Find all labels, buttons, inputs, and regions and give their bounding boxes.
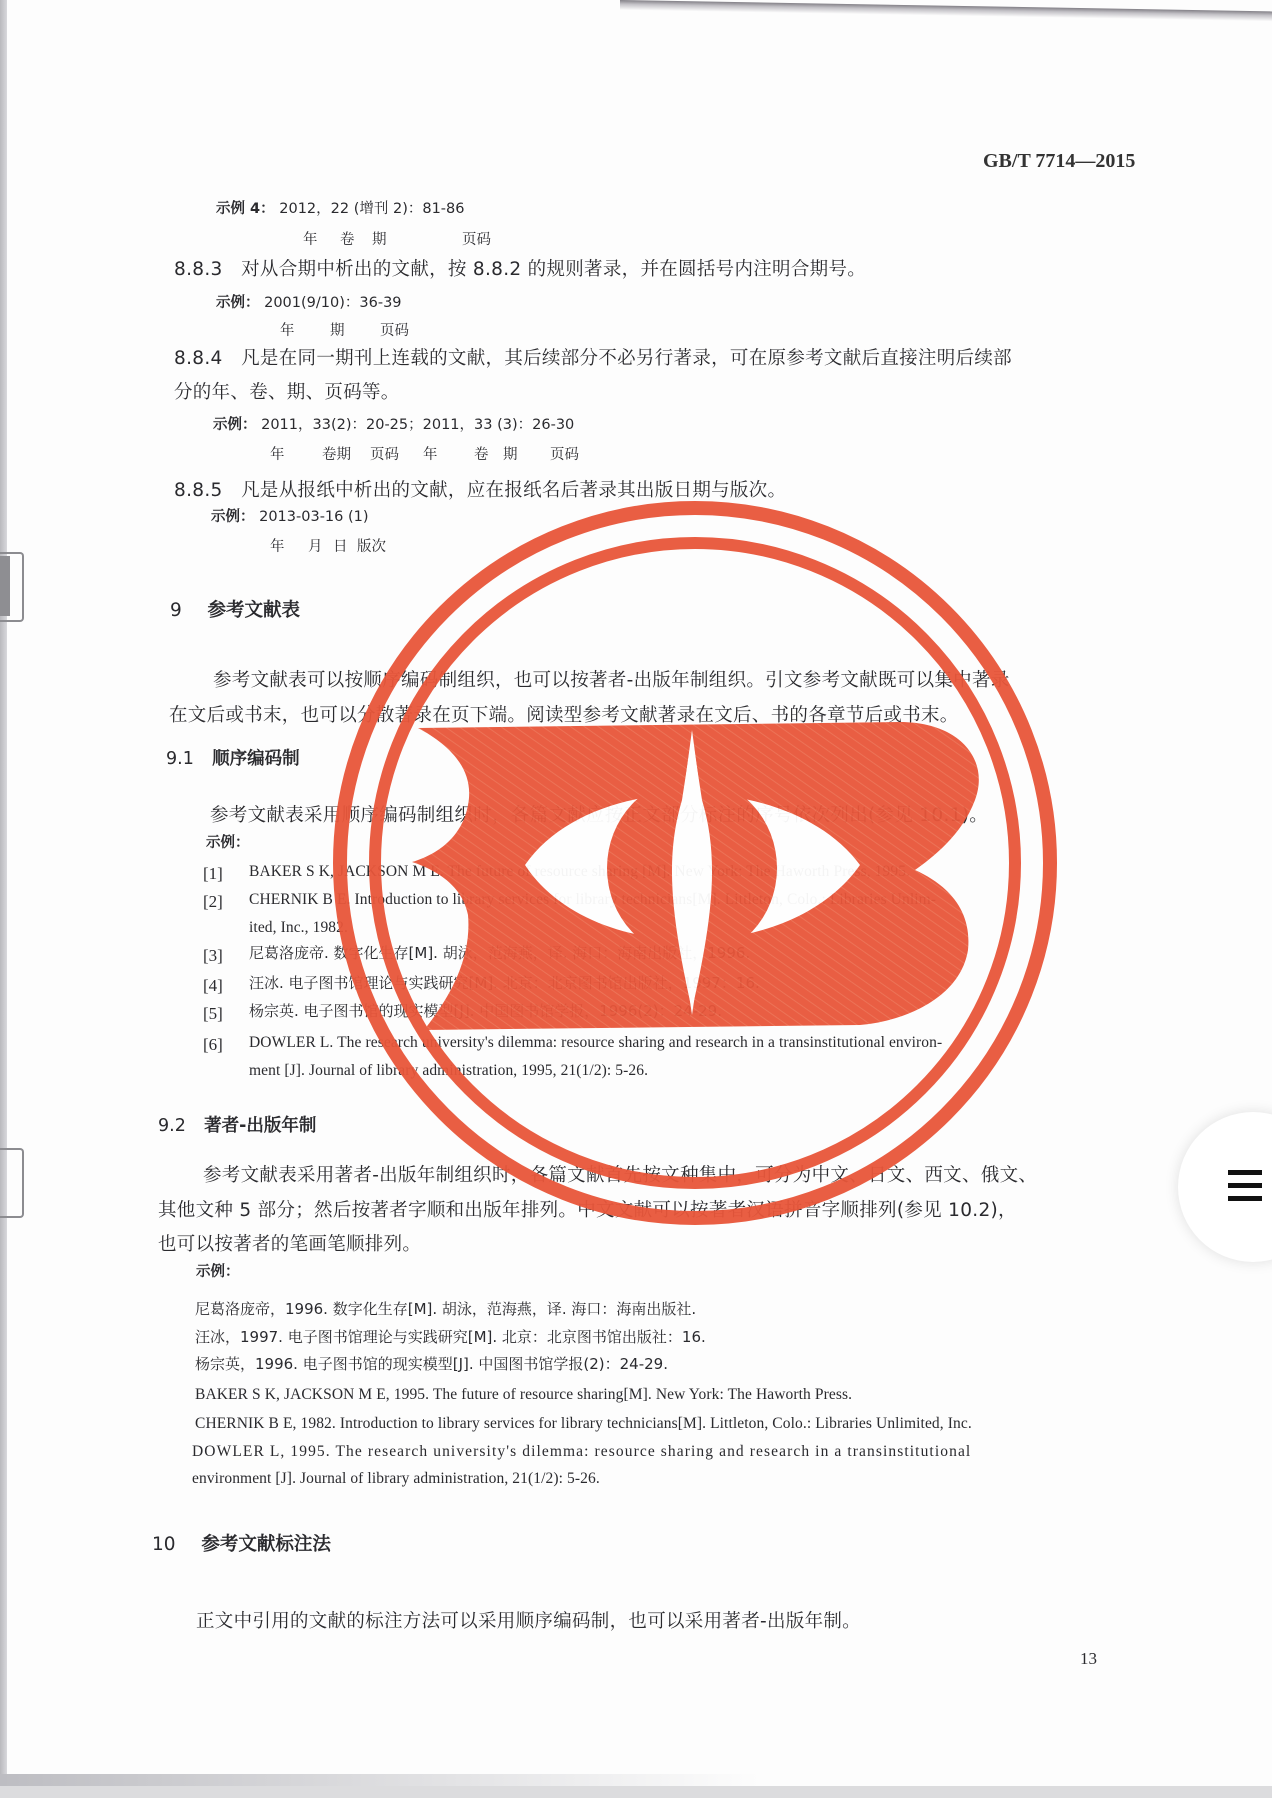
section-9-paragraph-line1: 参考文献表可以按顺序编码制组织，也可以按著者-出版年制组织。引文参考文献既可以集… bbox=[213, 672, 1010, 691]
annotation-edition: 版次 bbox=[357, 540, 386, 555]
section-9-heading: 9 参考文献表 bbox=[170, 602, 300, 621]
document-page: GB/T 7714—2015 示例 4： 2012，22 (增刊 2)：81-8… bbox=[0, 0, 1272, 1798]
example-value: 2001(9/10)：36-39 bbox=[264, 295, 401, 311]
reference-number: [4] bbox=[203, 976, 223, 996]
reference-entry: CHERNIK B E, 1982. Introduction to libra… bbox=[195, 1416, 972, 1432]
example-8-8-3: 示例： 2001(9/10)：36-39 bbox=[216, 296, 402, 311]
section-9-paragraph-line2: 在文后或书末，也可以分散著录在页下端。阅读型参考文献著录在文后、书的各章节后或书… bbox=[169, 707, 959, 726]
scan-bottom-edge bbox=[0, 1786, 1272, 1798]
scan-top-shadow bbox=[620, 0, 1272, 21]
example-label: 示例： bbox=[206, 836, 250, 851]
section-title: 参考文献表 bbox=[208, 600, 301, 621]
reference-entry: 杨宗英. 电子图书馆的现实模型[J]. 中国图书馆学报，1996(2)：24-2… bbox=[249, 1004, 722, 1019]
example-4-annotation-issue: 期 bbox=[372, 233, 387, 248]
clause-8-8-5: 8.8.5 凡是从报纸中析出的文献，应在报纸名后著录其出版日期与版次。 bbox=[174, 482, 786, 501]
clause-text: 对从合期中析出的文献，按 8.8.2 的规则著录，并在圆括号内注明合期号。 bbox=[241, 259, 866, 280]
section-10-heading: 10 参考文献标注法 bbox=[152, 1536, 331, 1555]
reference-entry: CHERNIK B E. Introduction to library ser… bbox=[249, 892, 936, 908]
reference-entry: environment [J]. Journal of library admi… bbox=[192, 1471, 600, 1487]
clause-number: 8.8.3 bbox=[174, 259, 223, 280]
example-4-annotation-volume: 卷 bbox=[340, 233, 355, 248]
clause-8-8-4-continued: 分的年、卷、期、页码等。 bbox=[174, 384, 400, 403]
section-number: 10 bbox=[152, 1534, 176, 1555]
section-9-2-paragraph-line2: 其他文种 5 部分；然后按著者字顺和出版年排列。中文文献可以按著者汉语拼音字顺排… bbox=[158, 1202, 1017, 1221]
section-number: 9.2 bbox=[158, 1116, 186, 1136]
reference-number: [6] bbox=[203, 1035, 223, 1055]
annotation-volume: 卷 bbox=[474, 448, 489, 463]
annotation-pages: 页码 bbox=[380, 324, 409, 339]
example-label: 示例： bbox=[213, 417, 257, 433]
annotation-year: 年 bbox=[280, 324, 295, 339]
section-10-paragraph: 正文中引用的文献的标注方法可以采用顺序编码制，也可以采用著者-出版年制。 bbox=[196, 1613, 861, 1632]
example-label: 示例： bbox=[196, 1265, 240, 1280]
annotation-issue: 期 bbox=[330, 324, 345, 339]
hamburger-menu-icon bbox=[1228, 1170, 1262, 1209]
annotation-year: 年 bbox=[270, 540, 285, 555]
reference-entry: 杨宗英，1996. 电子图书馆的现实模型[J]. 中国图书馆学报(2)：24-2… bbox=[195, 1357, 668, 1372]
clause-number: 8.8.4 bbox=[174, 348, 223, 369]
clause-text: 凡是在同一期刊上连载的文献，其后续部分不必另行著录，可在原参考文献后直接注明后续… bbox=[241, 348, 1012, 369]
reference-entry: 汪冰. 电子图书馆理论与实践研究[M]. 北京：北京图书馆出版社，1997：16… bbox=[249, 976, 760, 991]
reference-entry: BAKER S K, JACKSON M E. The future of re… bbox=[249, 864, 910, 880]
example-label: 示例： bbox=[211, 509, 255, 525]
example-4-annotation-year: 年 bbox=[303, 233, 318, 248]
annotation-day: 日 bbox=[333, 540, 348, 555]
reference-entry: DOWLER L. The research university's dile… bbox=[249, 1035, 942, 1051]
example-8-8-5: 示例： 2013-03-16 (1) bbox=[211, 510, 369, 525]
reference-entry: 尼葛洛庞帝，1996. 数字化生存[M]. 胡泳，范海燕，译. 海口：海南出版社… bbox=[195, 1302, 696, 1317]
standard-code-header: GB/T 7714—2015 bbox=[983, 151, 1135, 171]
section-number: 9 bbox=[170, 600, 182, 621]
reference-entry: ment [J]. Journal of library administrat… bbox=[249, 1063, 648, 1079]
section-9-2-heading: 9.2 著者-出版年制 bbox=[158, 1118, 316, 1136]
example-label: 示例 4： bbox=[216, 201, 275, 217]
reference-number: [5] bbox=[203, 1004, 223, 1024]
section-title: 顺序编码制 bbox=[212, 749, 300, 769]
clause-8-8-3: 8.8.3 对从合期中析出的文献，按 8.8.2 的规则著录，并在圆括号内注明合… bbox=[174, 261, 866, 280]
clause-number: 8.8.5 bbox=[174, 480, 223, 501]
reference-entry: BAKER S K, JACKSON M E, 1995. The future… bbox=[195, 1387, 852, 1403]
section-title: 著者-出版年制 bbox=[204, 1116, 316, 1136]
clause-text: 凡是从报纸中析出的文献，应在报纸名后著录其出版日期与版次。 bbox=[241, 480, 786, 501]
annotation-year: 年 bbox=[270, 448, 285, 463]
example-4-annotation-pages: 页码 bbox=[462, 233, 491, 248]
reference-number: [3] bbox=[203, 946, 223, 966]
annotation-year: 年 bbox=[423, 448, 438, 463]
annotation-month: 月 bbox=[308, 540, 323, 555]
scan-binding-edge bbox=[0, 0, 7, 1798]
annotation-pages: 页码 bbox=[370, 448, 399, 463]
annotation-issue: 期 bbox=[503, 448, 518, 463]
reference-entry: 汪冰，1997. 电子图书馆理论与实践研究[M]. 北京：北京图书馆出版社：16… bbox=[195, 1330, 706, 1345]
reference-number: [2] bbox=[203, 892, 223, 912]
page-number: 13 bbox=[1080, 1650, 1097, 1667]
scan-bottom-shadow bbox=[0, 1774, 760, 1786]
clause-8-8-4: 8.8.4 凡是在同一期刊上连载的文献，其后续部分不必另行著录，可在原参考文献后… bbox=[174, 350, 1012, 369]
annotation-volume-issue: 卷期 bbox=[322, 448, 351, 463]
example-8-8-4: 示例： 2011，33(2)：20-25；2011，33 (3)：26-30 bbox=[213, 418, 574, 433]
reference-entry: ited, Inc., 1982. bbox=[249, 920, 348, 936]
section-number: 9.1 bbox=[166, 749, 194, 769]
section-9-1-heading: 9.1 顺序编码制 bbox=[166, 751, 300, 769]
binding-clip-icon bbox=[0, 1148, 24, 1218]
section-title: 参考文献标注法 bbox=[201, 1534, 331, 1555]
annotation-pages: 页码 bbox=[550, 448, 579, 463]
menu-button[interactable] bbox=[1178, 1112, 1272, 1262]
binding-clip-icon bbox=[0, 552, 24, 622]
example-label: 示例： bbox=[216, 295, 260, 311]
section-9-2-paragraph-line3: 也可以按著者的笔画笔顺排列。 bbox=[158, 1236, 421, 1255]
example-value: 2011，33(2)：20-25；2011，33 (3)：26-30 bbox=[261, 417, 574, 433]
reference-number: [1] bbox=[203, 864, 223, 884]
example-value: 2013-03-16 (1) bbox=[259, 509, 368, 525]
example-value: 2012，22 (增刊 2)：81-86 bbox=[279, 201, 464, 217]
section-9-2-paragraph-line1: 参考文献表采用著者-出版年制组织时，各篇文献首先按文种集中，可分为中文、日文、西… bbox=[203, 1167, 1037, 1186]
example-4: 示例 4： 2012，22 (增刊 2)：81-86 bbox=[216, 202, 465, 217]
reference-entry: DOWLER L, 1995. The research university'… bbox=[192, 1444, 971, 1460]
section-9-1-paragraph: 参考文献表采用顺序编码制组织时，各篇文献应按正文部分标注的序号依次列出(参见 1… bbox=[210, 807, 988, 826]
reference-entry: 尼葛洛庞帝. 数字化生存[M]. 胡泳，范海燕，译. 海口：海南出版社，1996… bbox=[249, 946, 750, 961]
